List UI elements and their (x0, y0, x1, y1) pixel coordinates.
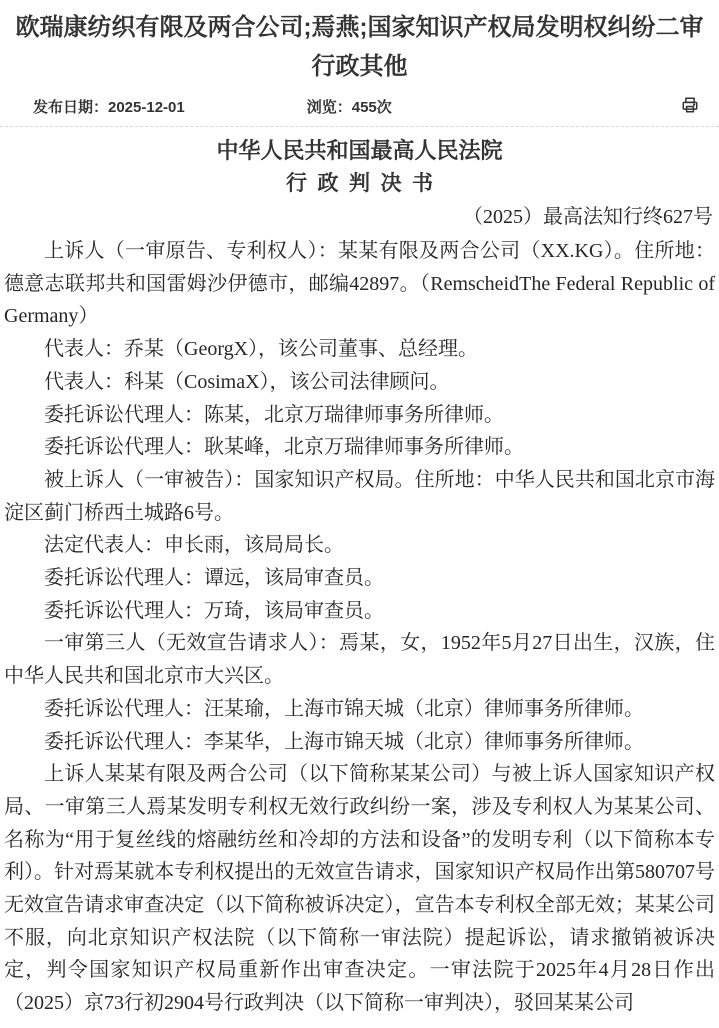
page-title: 欧瑞康纺织有限及两合公司;焉燕;国家知识产权局发明权纠纷二审 行政其他 (0, 0, 719, 86)
article-meta: 发布日期：2025-12-01 浏览：455次 (0, 86, 719, 126)
judgment-body: 上诉人（一审原告、专利权人）：某某有限及两合公司（XX.KG）。住所地：德意志联… (4, 235, 715, 1020)
judgment-paragraph: 委托诉讼代理人：谭远，该局审查员。 (4, 562, 715, 595)
judgment-paragraph: 法定代表人：申长雨，该局局长。 (4, 529, 715, 562)
view-count: 浏览：455次 (307, 96, 392, 117)
court-name: 中华人民共和国最高人民法院 (4, 137, 715, 164)
judgment-paragraph: 上诉人（一审原告、专利权人）：某某有限及两合公司（XX.KG）。住所地：德意志联… (4, 235, 715, 333)
judgment-paragraph: 代表人：科某（CosimaX），该公司法律顾问。 (4, 366, 715, 399)
document-type: 行政判决书 (4, 170, 715, 197)
judgment-paragraph: 委托诉讼代理人：陈某，北京万瑞律师事务所律师。 (4, 399, 715, 432)
page-title-line-2: 行政其他 (0, 47, 719, 86)
judgment-paragraph: 上诉人某某有限及两合公司（以下简称某某公司）与被上诉人国家知识产权局、一审第三人… (4, 758, 715, 1020)
judgment-paragraph: 委托诉讼代理人：李某华，上海市锦天城（北京）律师事务所律师。 (4, 726, 715, 759)
judgment-paragraph: 委托诉讼代理人：万琦，该局审查员。 (4, 595, 715, 628)
page-title-line-1: 欧瑞康纺织有限及两合公司;焉燕;国家知识产权局发明权纠纷二审 (0, 8, 719, 47)
print-button[interactable] (681, 96, 699, 117)
judgment-paragraph: 委托诉讼代理人：汪某瑜，上海市锦天城（北京）律师事务所律师。 (4, 693, 715, 726)
judgment-paragraph: 委托诉讼代理人：耿某峰，北京万瑞律师事务所律师。 (4, 431, 715, 464)
printer-icon (681, 96, 699, 117)
judgment-paragraph: 一审第三人（无效宣告请求人）：焉某，女，1952年5月27日出生，汉族，住中华人… (4, 627, 715, 692)
case-number: （2025）最高法知行终627号 (4, 204, 715, 230)
judgment-paragraph: 代表人：乔某（GeorgX），该公司董事、总经理。 (4, 333, 715, 366)
publish-date: 发布日期：2025-12-01 (33, 96, 185, 117)
article-header: 欧瑞康纺织有限及两合公司;焉燕;国家知识产权局发明权纠纷二审 行政其他 发布日期… (0, 0, 719, 126)
judgment-paragraph: 被上诉人（一审被告）：国家知识产权局。住所地：中华人民共和国北京市海淀区蓟门桥西… (4, 464, 715, 529)
judgment-document: 中华人民共和国最高人民法院 行政判决书 （2025）最高法知行终627号 上诉人… (0, 127, 719, 1020)
